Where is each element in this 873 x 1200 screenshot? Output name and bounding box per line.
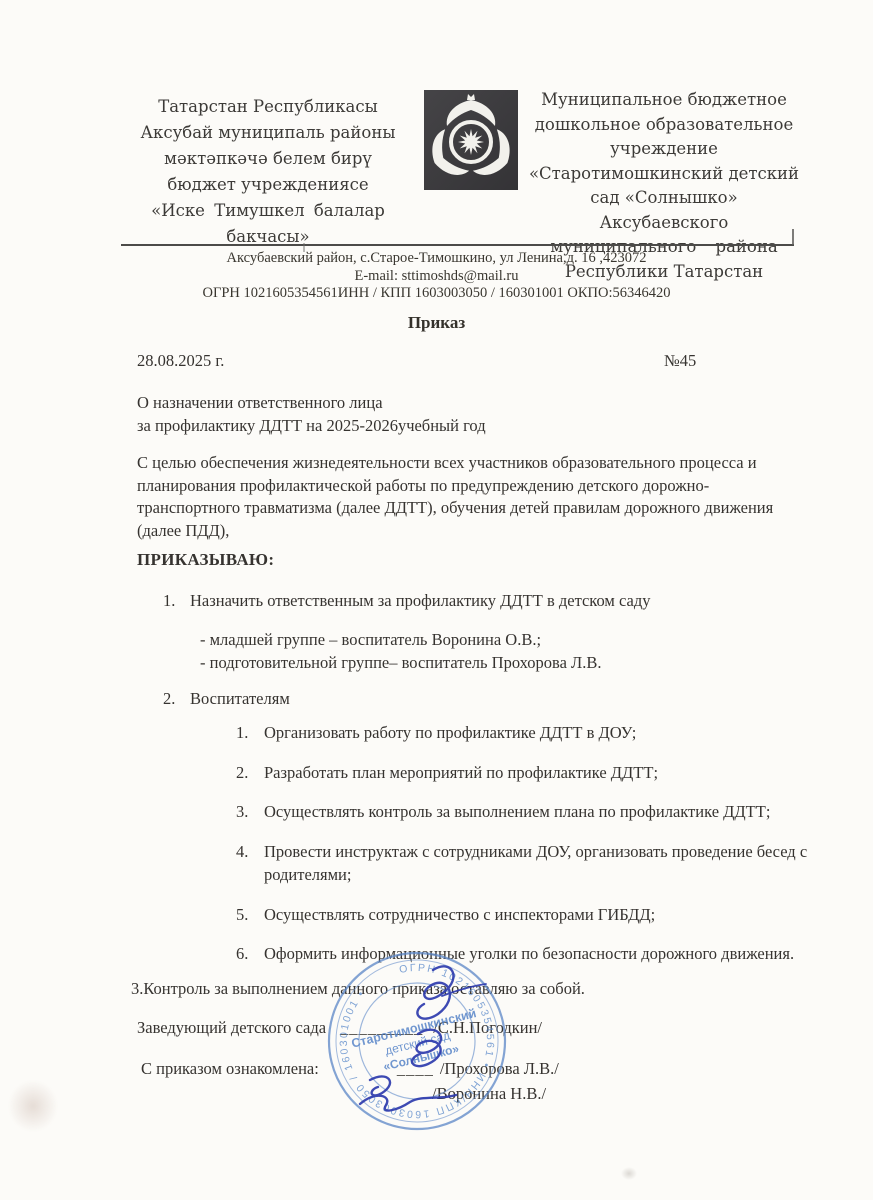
- item-number: 1.: [163, 589, 190, 612]
- order-preamble: С целью обеспечения жизнедеятельности вс…: [137, 452, 803, 542]
- task-number: 1.: [236, 721, 264, 745]
- org-email: E-mail: sttimoshds@mail.ru: [0, 268, 873, 286]
- org-tatar-line: бюджет учреждениясе: [118, 172, 418, 198]
- divider-tick-mark: [792, 229, 794, 245]
- scanned-order-document: Татарстан Республикасы Аксубай муниципал…: [0, 0, 873, 1200]
- handwritten-signatures: [330, 952, 565, 1137]
- document-title: Приказ: [0, 313, 873, 333]
- subject-line: за профилактику ДДТТ на 2025-2026учебный…: [137, 415, 486, 438]
- task-number: 5.: [236, 903, 264, 927]
- org-rus-line: учреждение: [524, 137, 804, 162]
- task-text: Провести инструктаж с сотрудниками ДОУ, …: [264, 840, 811, 887]
- appointee-lines: - младшей группе – воспитатель Воронина …: [200, 628, 803, 674]
- ink-signature-ack2-loop: [370, 1076, 390, 1095]
- task-number: 4.: [236, 840, 264, 887]
- directive-word: ПРИКАЗЫВАЮ:: [137, 550, 274, 570]
- order-number: №45: [664, 351, 696, 371]
- org-tatar-line: Аксубай муниципаль районы: [118, 120, 418, 146]
- appointee-line: - подготовительной группе– воспитатель П…: [200, 651, 803, 674]
- item-text: Назначить ответственным за профилактику …: [190, 589, 651, 612]
- scan-mark: [621, 1167, 637, 1180]
- list-item: 2. Воспитателям: [163, 687, 803, 710]
- org-address: Аксубаевский район, с.Старое-Тимошкино, …: [0, 250, 873, 268]
- task-item: 4. Провести инструктаж с сотрудниками ДО…: [236, 840, 811, 887]
- ink-signature-ack2: [360, 1095, 456, 1111]
- task-number: 2.: [236, 761, 264, 785]
- contact-block: Аксубаевский район, с.Старое-Тимошкино, …: [0, 250, 873, 303]
- task-item: 2. Разработать план мероприятий по профи…: [236, 761, 811, 785]
- task-number: 3.: [236, 800, 264, 824]
- letterhead-divider: [121, 244, 794, 246]
- district-emblem-icon: [424, 88, 518, 192]
- org-rus-line: дошкольное образовательное: [524, 113, 804, 138]
- signature-label: С приказом ознакомлена:: [141, 1059, 319, 1078]
- task-item: 3. Осуществлять контроль за выполнением …: [236, 800, 811, 824]
- task-text: Разработать план мероприятий по профилак…: [264, 761, 658, 785]
- scan-smudge: [8, 1080, 58, 1132]
- org-rus-line: сад «Солнышко» Аксубаевского: [524, 186, 804, 235]
- org-tatar-line: бакчасы»: [118, 224, 418, 250]
- order-subject: О назначении ответственного лица за проф…: [137, 392, 486, 437]
- subject-line: О назначении ответственного лица: [137, 392, 486, 415]
- date-number-row: 28.08.2025 г. №45: [137, 351, 803, 371]
- ink-signature-head: [417, 966, 453, 1018]
- task-text: Осуществлять контроль за выполнением пла…: [264, 800, 770, 824]
- item-text: Воспитателям: [190, 687, 290, 710]
- signature-label: Заведующий детского сада: [137, 1018, 326, 1037]
- org-rus-line: Муниципальное бюджетное: [524, 88, 804, 113]
- org-rus-line: «Старотимошкинский детский: [524, 162, 804, 187]
- org-tatar-line: «Иске Тимушкел балалар: [118, 198, 418, 224]
- task-text: Осуществлять сотрудничество с инспектора…: [264, 903, 655, 927]
- org-tatar-line: Татарстан Республикасы: [118, 94, 418, 120]
- order-date: 28.08.2025 г.: [137, 351, 224, 370]
- appointee-line: - младшей группе – воспитатель Воронина …: [200, 628, 803, 651]
- task-number: 6.: [236, 942, 264, 966]
- task-item: 1. Организовать работу по профилактике Д…: [236, 721, 811, 745]
- list-item: 1. Назначить ответственным за профилакти…: [163, 589, 803, 612]
- task-item: 5. Осуществлять сотрудничество с инспект…: [236, 903, 811, 927]
- task-text: Организовать работу по профилактике ДДТТ…: [264, 721, 636, 745]
- item-number: 2.: [163, 687, 190, 710]
- ink-signature-ack1: [412, 1030, 441, 1066]
- org-registration-numbers: ОГРН 1021605354561ИНН / КПП 1603003050 /…: [0, 285, 873, 303]
- org-tatar-line: мәктәпкәчә белем бирү: [118, 146, 418, 172]
- main-list: 1. Назначить ответственным за профилакти…: [163, 589, 803, 710]
